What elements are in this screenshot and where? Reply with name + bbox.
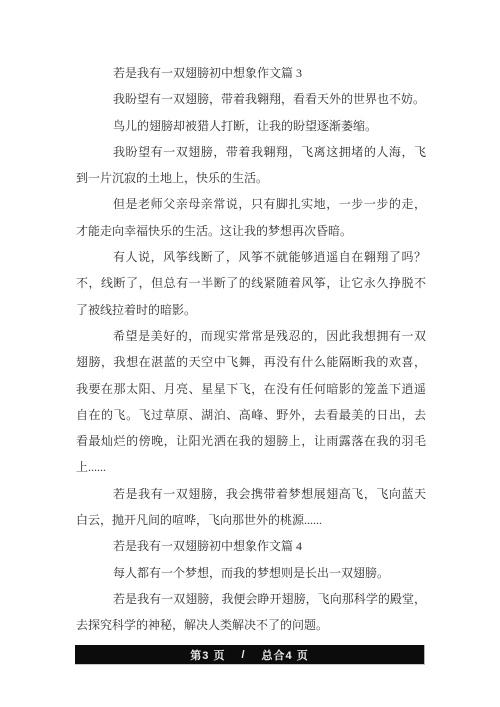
page-footer-bar: 第3 页 / 总合4 页 [75,645,425,665]
text-line: 我盼望有一双翅膀，带着我翱翔，飞离这拥堵的人海，飞 [76,139,426,165]
text-line: 去探究科学的神秘，解决人类解决不了的问题。 [76,612,426,638]
text-line: 了被线拉着时的暗影。 [76,297,426,323]
text-line: 不，线断了，但总有一半断了的线紧随着风筝，让它永久挣脱不 [76,270,426,296]
section-heading: 若是我有一双翅膀初中想象作文篇 4 [76,533,426,559]
text-line: 白云，抛开凡间的喧哗，飞向那世外的桃源...... [76,507,426,533]
document-page: 若是我有一双翅膀初中想象作文篇 3我盼望有一双翅膀，带着我翱翔，看看天外的世界也… [0,0,500,707]
text-line: 若是我有一双翅膀，我便会睁开翅膀，飞向那科学的殿堂， [76,586,426,612]
section-heading: 若是我有一双翅膀初中想象作文篇 3 [76,60,426,86]
text-line: 鸟儿的翅膀却被猎人打断，让我的盼望逐渐萎缩。 [76,113,426,139]
text-line: 才能走向幸福快乐的生活。这让我的梦想再次昏暗。 [76,218,426,244]
text-line: 到一片沉寂的土地上，快乐的生活。 [76,165,426,191]
text-line: 每人都有一个梦想，而我的梦想则是长出一双翅膀。 [76,560,426,586]
text-line: 但是老师父亲母亲常说，只有脚扎实地，一步一步的走， [76,191,426,217]
text-line: 我盼望有一双翅膀，带着我翱翔，看看天外的世界也不妨。 [76,86,426,112]
text-line: 若是我有一双翅膀，我会携带着梦想展翅高飞，飞向蓝天 [76,481,426,507]
text-line: 翅膀，我想在湛蓝的天空中飞舞，再没有什么能隔断我的欢喜， [76,349,426,375]
text-line: 看最灿烂的傍晚，让阳光洒在我的翅膀上，让雨露落在我的羽毛 [76,428,426,454]
page-number-separator: / [241,649,245,661]
text-line: 上...... [76,454,426,480]
text-line: 我要在那太阳、月亮、星星下飞，在没有任何暗影的笼盖下逍遥 [76,376,426,402]
text-line: 希望是美好的，而现实常常是残忍的，因此我想拥有一双 [76,323,426,349]
text-line: 自在的飞。飞过草原、湖泊、高峰、野外，去看最美的日出，去 [76,402,426,428]
page-number-current: 第3 页 [190,647,225,663]
document-body: 若是我有一双翅膀初中想象作文篇 3我盼望有一双翅膀，带着我翱翔，看看天外的世界也… [76,60,426,639]
text-line: 有人说，风筝线断了，风筝不就能够逍遥自在翱翔了吗？ [76,244,426,270]
page-number-total: 总合4 页 [262,647,309,663]
